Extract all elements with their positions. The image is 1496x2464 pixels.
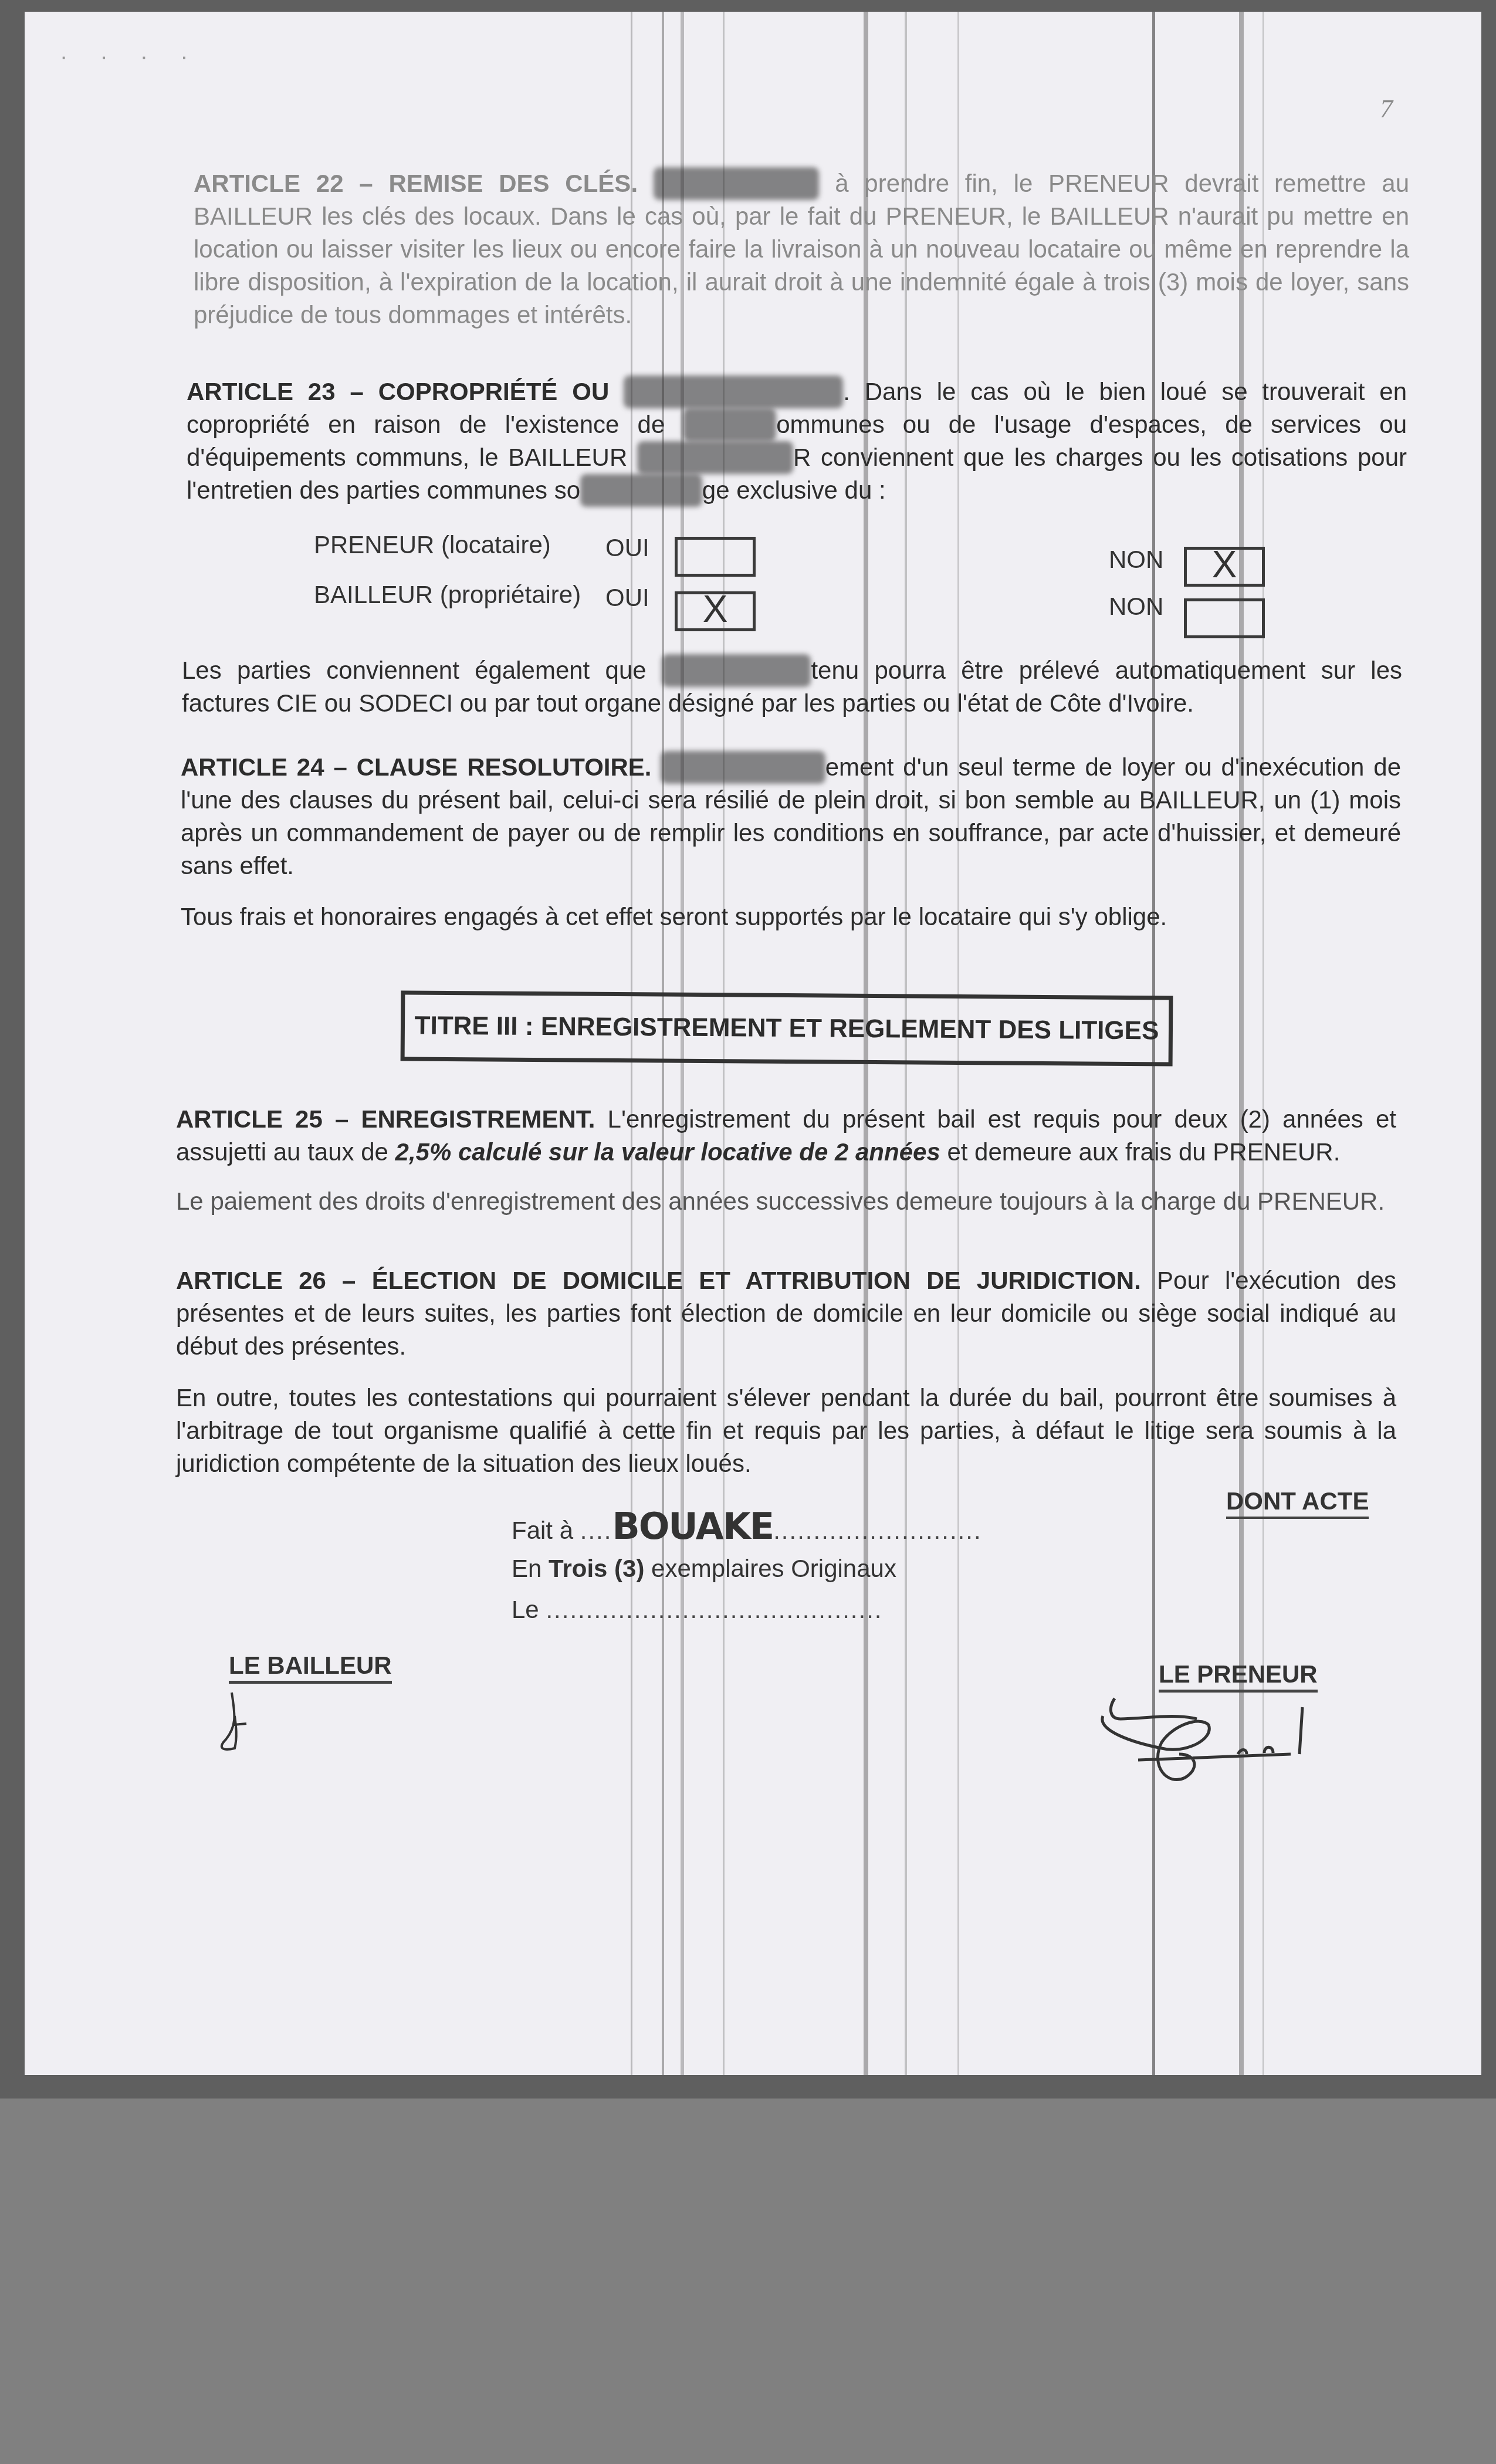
check-mark-icon: X — [1187, 544, 1262, 585]
article-23-followup: Les parties conviennent également que le… — [182, 654, 1402, 720]
article-26-followup: En outre, toutes les contestations qui p… — [176, 1382, 1396, 1480]
fait-a-line: Fait à ....BOUAKE.......................… — [512, 1505, 982, 1548]
copies-line: En Trois (3) exemplaires Originaux — [512, 1555, 896, 1583]
article-25-body: et demeure aux frais du PRENEUR. — [940, 1138, 1341, 1166]
oui-label: OUI — [605, 534, 649, 562]
bailleur-signature — [211, 1690, 264, 1754]
page-number: 7 — [1380, 94, 1393, 124]
article-26-heading: ARTICLE 26 – ÉLECTION DE DOMICILE ET ATT… — [176, 1267, 1141, 1294]
copies-suffix: exemplaires Originaux — [651, 1555, 896, 1582]
section-title: TITRE III : ENREGISTREMENT ET REGLEMENT … — [414, 1011, 1159, 1046]
checkbox-bailleur-non[interactable] — [1184, 598, 1265, 638]
checkbox-preneur-non[interactable]: X — [1184, 547, 1265, 587]
article-22: ARTICLE 22 – REMISE DES CLÉS. Si le bail… — [194, 167, 1409, 331]
choice-label-bailleur: BAILLEUR (propriétaire) — [314, 581, 581, 609]
article-24-followup: Tous frais et honoraires engagés à cet e… — [181, 901, 1401, 933]
fait-a-label: Fait à — [512, 1517, 573, 1544]
dotted-line: .......................... — [773, 1517, 981, 1544]
obscured-text: Si le bail venait — [654, 167, 820, 200]
article-26: ARTICLE 26 – ÉLECTION DE DOMICILE ET ATT… — [176, 1264, 1396, 1363]
section-title-box: TITRE III : ENREGISTREMENT ET REGLEMENT … — [401, 990, 1173, 1066]
article-23: ARTICLE 23 – COPROPRIÉTÉ OU RÉGIME ASSIM… — [187, 375, 1407, 507]
obscured-text: nt à la char — [580, 474, 702, 507]
article-24-heading: ARTICLE 24 – CLAUSE RESOLUTOIRE. — [181, 753, 652, 781]
article-23-heading: ARTICLE 23 – COPROPRIÉTÉ OU — [187, 378, 609, 405]
article-25-followup: Le paiement des droits d'enregistrement … — [176, 1185, 1396, 1218]
fait-a-value: BOUAKE — [612, 1505, 773, 1548]
obscured-text: parties c — [683, 408, 776, 441]
obscured-text: A défaut de pai — [661, 751, 825, 784]
corner-mark: · · · · — [60, 44, 201, 70]
article-25-emphasis: 2,5% calculé sur la valeur locative de 2… — [395, 1138, 940, 1166]
obscured-text: et le PRENEU — [637, 441, 793, 474]
dotted-line: .... — [580, 1517, 612, 1544]
copies-prefix: En — [512, 1555, 541, 1582]
article-23-body: ge exclusive du : — [702, 476, 886, 504]
article-25: ARTICLE 25 – ENREGISTREMENT. L'enregistr… — [176, 1103, 1396, 1169]
obscured-text: le montant ob — [662, 654, 811, 687]
non-label: NON — [1109, 546, 1163, 574]
dont-acte-label: DONT ACTE — [1226, 1487, 1369, 1519]
article-22-heading: ARTICLE 22 – REMISE DES CLÉS. — [194, 170, 638, 197]
copies-count: Trois (3) — [549, 1555, 644, 1582]
non-label: NON — [1109, 593, 1163, 621]
check-mark-icon: X — [678, 588, 753, 629]
date-line: Le .....................................… — [512, 1596, 883, 1624]
article-24: ARTICLE 24 – CLAUSE RESOLUTOIRE. A défau… — [181, 751, 1401, 882]
followup-text: Les parties conviennent également que — [182, 656, 662, 684]
article-25-heading: ARTICLE 25 – ENREGISTREMENT. — [176, 1105, 595, 1133]
bailleur-signature-label: LE BAILLEUR — [229, 1651, 392, 1684]
preneur-signature — [1097, 1684, 1320, 1789]
date-label: Le — [512, 1596, 539, 1623]
dotted-line: ........................................… — [546, 1596, 882, 1623]
choice-label-preneur: PRENEUR (locataire) — [314, 531, 551, 559]
oui-label: OUI — [605, 584, 649, 612]
obscured-text: RÉGIME ASSIMILÉ — [624, 375, 843, 408]
checkbox-preneur-oui[interactable] — [675, 537, 756, 577]
checkbox-bailleur-oui[interactable]: X — [675, 591, 756, 631]
